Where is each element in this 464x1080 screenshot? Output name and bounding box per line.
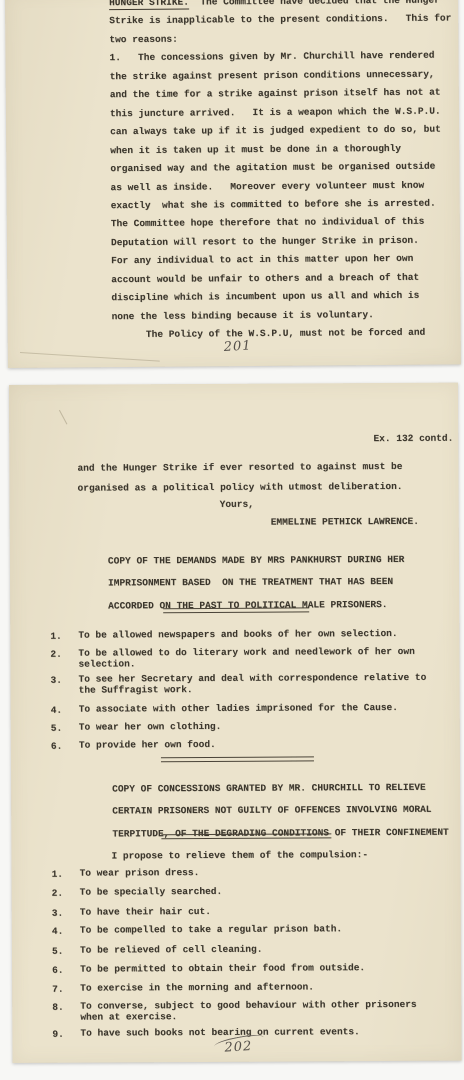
typed-line: organised as a political policy with utm… xyxy=(77,477,402,499)
typed-line: For any individual to act in this matter… xyxy=(111,250,453,271)
list-item: 2.To be allowed to do literary work and … xyxy=(50,647,453,670)
scanned-document-view: HUNGER STRIKE. The Committee have decide… xyxy=(0,0,464,1080)
list-item: 7.To exercise in the morning and afterno… xyxy=(52,982,455,995)
concessions-intro: I propose to relieve them of the compuls… xyxy=(111,849,368,861)
item-text: To associate with other ladies imprisone… xyxy=(79,703,454,716)
item-number: 4. xyxy=(51,705,79,716)
item-number: 1. xyxy=(50,631,78,642)
typed-line: The Policy of the W.S.P.U, must not be f… xyxy=(112,324,454,345)
list-item: 5.To be relieved of cell cleaning. xyxy=(52,944,455,957)
item-text: To exercise in the morning and afternoon… xyxy=(80,982,455,995)
typed-line: can always take up if it is judged exped… xyxy=(110,121,452,142)
list-item: 3.To have their hair cut. xyxy=(52,906,455,919)
item-number: 7. xyxy=(52,984,80,995)
heading-line: CERTAIN PRISONERS NOT GUILTY OF OFFENCES… xyxy=(112,799,448,823)
typed-line: organised way and the agitation must be … xyxy=(110,158,452,179)
list-item: 6.To provide her own food. xyxy=(51,739,454,752)
typed-line-rest: The Committee have decided that the Hung… xyxy=(189,0,440,8)
signoff: Yours, xyxy=(220,499,254,510)
item-text: To be specially searched. xyxy=(80,886,455,899)
item-text: To be relieved of cell cleaning. xyxy=(80,944,455,957)
list-item: 3.To see her Secretary and deal with cor… xyxy=(51,673,454,696)
item-number: 4. xyxy=(52,926,80,937)
list-item: 1.To wear prison dress. xyxy=(52,867,455,880)
list-item: 1.To be allowed newspapers and books of … xyxy=(50,629,453,642)
item-text: To be allowed newspapers and books of he… xyxy=(78,629,453,642)
handwritten-page-number: 202 xyxy=(224,1039,253,1056)
signature: EMMELINE PETHICK LAWRENCE. xyxy=(271,516,419,528)
item-number: 2. xyxy=(50,649,78,670)
typed-line: and the Hunger Strike if ever resorted t… xyxy=(77,457,402,479)
item-text: To see her Secretary and deal with corre… xyxy=(79,673,454,696)
item-text: To be allowed to do literary work and ne… xyxy=(78,647,453,670)
list-item: 4.To be compelled to take a regular pris… xyxy=(52,924,455,937)
item-number: 6. xyxy=(52,965,80,976)
item-number: 1. xyxy=(52,869,80,880)
typed-line: Strike is inapplicable to the present co… xyxy=(109,10,451,31)
page-2: Ex. 132 contd. and the Hunger Strike if … xyxy=(9,383,462,1063)
divider-rule xyxy=(163,607,309,613)
typed-line: and the time for a strike against prison… xyxy=(110,84,452,105)
item-number: 3. xyxy=(51,675,79,696)
list-item: 6.To be permitted to obtain their food f… xyxy=(52,963,455,976)
heading-line: COPY OF CONCESSIONS GRANTED BY MR. CHURC… xyxy=(112,777,448,801)
item-number: 5. xyxy=(52,946,80,957)
list-item: 2.To be specially searched. xyxy=(52,886,455,899)
page-1: HUNGER STRIKE. The Committee have decide… xyxy=(5,0,461,368)
list-item: 5.To wear her own clothing. xyxy=(51,721,454,734)
item-text: To converse, subject to good behaviour w… xyxy=(80,1000,455,1023)
item-text: To provide her own food. xyxy=(79,739,454,752)
item-text: To wear prison dress. xyxy=(80,867,455,880)
document-title: HUNGER STRIKE. xyxy=(109,0,189,10)
list-item: 8.To converse, subject to good behaviour… xyxy=(52,1000,455,1023)
item-number: 6. xyxy=(51,741,79,752)
handwritten-page-number: 201 xyxy=(223,338,252,355)
item-text: To be permitted to obtain their food fro… xyxy=(80,963,455,976)
heading-line: COPY OF THE DEMANDS MADE BY MRS PANKHURS… xyxy=(108,549,405,573)
item-number: 9. xyxy=(52,1029,80,1040)
item-text: To have their hair cut. xyxy=(80,906,455,919)
list-item: 4.To associate with other ladies impriso… xyxy=(51,703,454,716)
item-number: 2. xyxy=(52,888,80,899)
item-text: To have such books not bearing on curren… xyxy=(80,1027,455,1040)
typed-line: discipline which is incumbent upon us al… xyxy=(111,287,453,308)
page-1-body: HUNGER STRIKE. The Committee have decide… xyxy=(109,0,454,345)
item-number: 3. xyxy=(52,908,80,919)
item-text: To wear her own clothing. xyxy=(79,721,454,734)
item-number: 5. xyxy=(51,723,79,734)
heading-line: ACCORDED ON THE PAST TO POLITICAL MALE P… xyxy=(108,594,405,618)
item-text: To be compelled to take a regular prison… xyxy=(80,924,455,937)
exhibit-label: Ex. 132 contd. xyxy=(373,433,453,444)
heading-line: IMPRISONMENT BASED ON THE TREATMENT THAT… xyxy=(108,571,405,595)
divider-rule xyxy=(161,756,314,762)
closing-paragraph: and the Hunger Strike if ever resorted t… xyxy=(77,457,402,499)
item-number: 8. xyxy=(52,1002,80,1023)
divider-rule xyxy=(161,833,331,839)
typed-line: 1. The concessions given by Mr. Churchil… xyxy=(109,47,451,68)
